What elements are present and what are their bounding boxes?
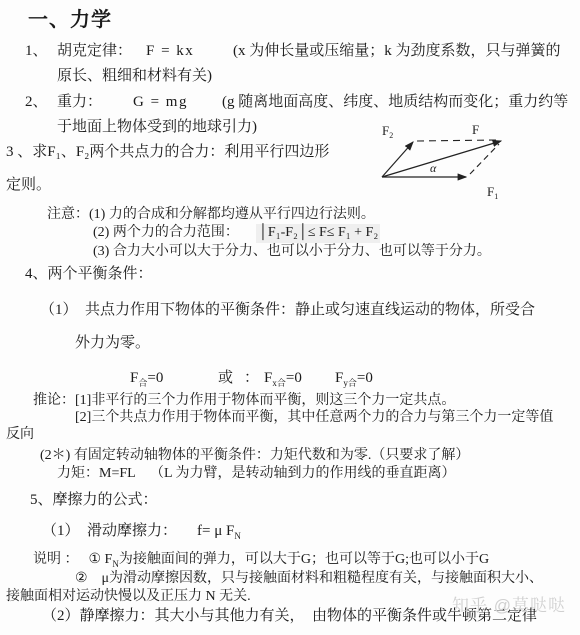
notice-item-1: 注意：(1) 力的合成和分解都均遵从平行四边行法则。: [47, 206, 375, 225]
resultant-line2: 定则。: [6, 175, 51, 195]
force-range-formula: │F₁-F₂│≤ F≤ F₁ + F₂: [256, 224, 380, 243]
balance-formula-term2: Fx合=0: [264, 368, 302, 388]
zhihu-watermark: 知乎 @莫哒哒: [452, 595, 566, 618]
friction-note-2b: 接触面相对运动快慢以及正压力 N 无关.: [6, 588, 251, 607]
parallelogram-diagram: F2 F α F1: [372, 120, 524, 204]
hooke-formula: F = kx: [146, 41, 194, 61]
hooke-note-line1: (x 为伸长量或压缩量；k 为劲度系数，只与弹簧的: [233, 41, 561, 61]
friction-note1-pre: ① F: [89, 552, 113, 567]
notice-item-2: (2) 两个力的合力范围：: [93, 224, 239, 243]
friction-formula-base: f= μ F: [197, 523, 234, 539]
friction-note-label: 说明 ：: [33, 552, 79, 567]
gravity-note-line1: (g 随离地面高度、纬度、地质结构而变化；重力约等: [222, 92, 568, 112]
balance-heading: 4、两个平衡条件：: [25, 264, 153, 284]
label-alpha: α: [430, 161, 437, 175]
balance-formula-term3: Fy合=0: [335, 368, 373, 388]
friction-note-2a: ② μ为滑动摩擦因数，只与接触面材料和粗糙程度有关，与接触面积大小、: [75, 570, 543, 589]
torque-formula: 力矩：M=FL: [57, 465, 136, 484]
sliding-friction-label: （1） 滑动摩擦力：: [42, 521, 177, 541]
page-title: 一、力学: [28, 7, 112, 34]
friction-heading: 5、摩擦力的公式：: [30, 490, 158, 510]
term2-rest: =0: [286, 370, 302, 386]
corollary-line3: 反向: [6, 426, 34, 445]
gravity-note-line2: 于地面上物体受到的地球引力): [57, 117, 257, 137]
dashed-side-top: [417, 140, 496, 141]
term3-rest: =0: [357, 370, 373, 386]
label-f: F: [472, 122, 479, 137]
hooke-number: 1、: [25, 41, 48, 61]
gravity-label: 重力：: [57, 92, 102, 112]
corollary-line2: [2]三个共点力作用于物体而平衡，其中任意两个力的合力与第三个力一定等值: [75, 409, 553, 428]
friction-formula-sub: N: [234, 531, 241, 541]
balance-formula-term1: F合=0: [130, 368, 163, 388]
hooke-note-line2: 原长、粗细和材料有关): [57, 66, 212, 86]
resultant-line1: 3 、求F₁、F₂两个共点力的合力：利用平行四边形: [6, 142, 329, 162]
friction-note1-rest: 为接触面间的弹力，可以大于G；也可以等于G;也可以小于G: [119, 552, 489, 567]
gravity-formula: G = mg: [133, 92, 188, 112]
balance-p1-line2: 外力为零。: [75, 333, 150, 353]
document-page: 一、力学 1、 胡克定律： F = kx (x 为伸长量或压缩量；k 为劲度系数…: [0, 0, 580, 635]
term1-rest: =0: [147, 370, 163, 386]
term3-sub: y合: [343, 378, 357, 388]
label-f2: F2: [382, 123, 393, 140]
torque-note: （L 为力臂，是转动轴到力的作用线的垂直距离）: [150, 465, 456, 484]
notice-item-3: (3) 合力大小可以大于分力、也可以小于分力、也可以等于分力。: [93, 243, 491, 262]
friction-note-1: 说明 ：① FN为接触面间的弹力，可以大于G；也可以等于G;也可以小于G: [33, 551, 489, 570]
label-f1: F1: [487, 184, 498, 201]
term2-sub: x合: [272, 378, 286, 388]
term1-sub: 合: [138, 378, 147, 388]
axis-balance-line: (2＊) 有固定转动轴物体的平衡条件：力矩代数和为零.（只要求了解）: [40, 447, 469, 466]
balance-formula-or: 或: [218, 368, 233, 388]
balance-formula-colon: ：: [244, 368, 259, 388]
gravity-number: 2、: [25, 92, 48, 112]
sliding-friction-formula: f= μ FN: [197, 521, 241, 541]
hooke-label: 胡克定律：: [57, 41, 132, 61]
balance-p1-line1: （1） 共点力作用下物体的平衡条件：静止或匀速直线运动的物体，所受合: [40, 300, 535, 320]
vector-f-resultant: [382, 141, 501, 177]
